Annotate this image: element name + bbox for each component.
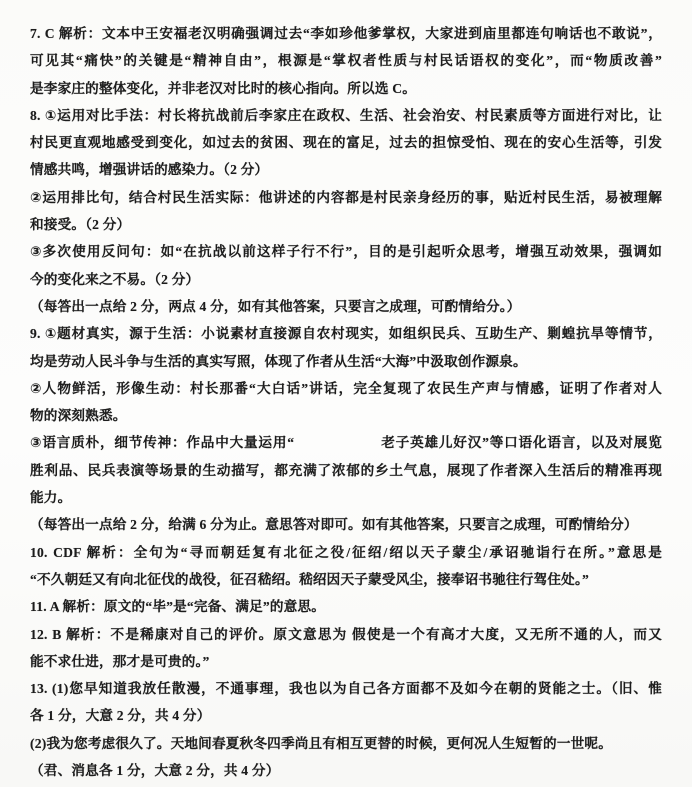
- text-line: 是李家庄的整体变化，并非老汉对比时的核心指向。所以选 C。: [30, 75, 662, 102]
- text-line: (2)我为您考虑很久了。天地间春夏秋冬四季尚且有相互更替的时候，更何况人生短暂的…: [30, 730, 662, 757]
- text-line: 情感共鸣，增强讲话的感染力。（2 分）: [30, 156, 662, 183]
- answer-key-text-block: 7. C 解析：文本中王安福老汉明确强调过去“李如珍他爹掌权，大家进到庙里都连句…: [30, 20, 662, 784]
- text-line: 能力。: [30, 484, 662, 511]
- text-line: 11. A 解析：原文的“毕”是“完备、满足”的意思。: [30, 593, 662, 620]
- text-line: 村民更直观地感受到变化，如过去的贫困、现在的富足，过去的担惊受怕、现在的安心生活…: [30, 129, 662, 156]
- text-line: 胜利品、民兵表演等场景的生动描写，都充满了浓郁的乡土气息，展现了作者深入生活后的…: [30, 457, 662, 484]
- scanned-document-page: 7. C 解析：文本中王安福老汉明确强调过去“李如珍他爹掌权，大家进到庙里都连句…: [0, 0, 692, 787]
- text-line: （君、消息各 1 分，大意 2 分，共 4 分）: [30, 757, 662, 784]
- text-line: 可见其“痛快”的关键是“精神自由”，根源是“掌权者性质与村民话语权的变化”，而“…: [30, 47, 662, 74]
- text-line: “不久朝廷又有向北征伐的战役，征召嵇绍。嵇绍因天子蒙受风尘，接奉诏书驰往行驾住处…: [30, 566, 662, 593]
- text-line: 今的变化来之不易。（2 分）: [30, 266, 662, 293]
- text-line: 10. CDF 解析：全句为“寻而朝廷复有北征之役/征绍/绍以天子蒙尘/承诏驰诣…: [30, 539, 662, 566]
- text-line: 能不求仕进，那才是可贵的。”: [30, 648, 662, 675]
- text-line: ③多次使用反问句：如“在抗战以前这样子行不行”，目的是引起听众思考，增强互动效果…: [30, 238, 662, 265]
- text-line: ②运用排比句，结合村民生活实际：他讲述的内容都是村民亲身经历的事，贴近村民生活，…: [30, 184, 662, 211]
- text-line: ③语言质朴，细节传神：作品中大量运用“ 老子英雄儿好汉”等口语化语言，以及对展览: [30, 429, 662, 456]
- text-line: （每答出一点给 2 分，给满 6 分为止。意思答对即可。如有其他答案，只要言之成…: [30, 511, 662, 538]
- text-line: 均是劳动人民斗争与生活的真实写照，体现了作者从生活“大海”中汲取创作源泉。: [30, 348, 662, 375]
- text-line: 12. B 解析：不是稀康对自己的评价。原文意思为 假使是一个有高才大度，又无所…: [30, 621, 662, 648]
- text-line: 7. C 解析：文本中王安福老汉明确强调过去“李如珍他爹掌权，大家进到庙里都连句…: [30, 20, 662, 47]
- text-line: ②人物鲜活，形像生动：村长那番“大白话”讲话，完全复现了农民生产声与情感，证明了…: [30, 375, 662, 402]
- text-line: 和接受。（2 分）: [30, 211, 662, 238]
- text-line: 物的深刻熟悉。: [30, 402, 662, 429]
- text-line: （每答出一点给 2 分，两点 4 分，如有其他答案，只要言之成理，可酌情给分。）: [30, 293, 662, 320]
- text-line: 8. ①运用对比手法：村长将抗战前后李家庄在政权、生活、社会治安、村民素质等方面…: [30, 102, 662, 129]
- text-line: 9. ①题材真实，源于生活：小说素材直接源自农村现实，如组织民兵、互助生产、剿蝗…: [30, 320, 662, 347]
- text-line: 13. (1)您早知道我放任散漫，不通事理，我也以为自己各方面都不及如今在朝的贤…: [30, 675, 662, 702]
- text-line: 各 1 分，大意 2 分，共 4 分）: [30, 702, 662, 729]
